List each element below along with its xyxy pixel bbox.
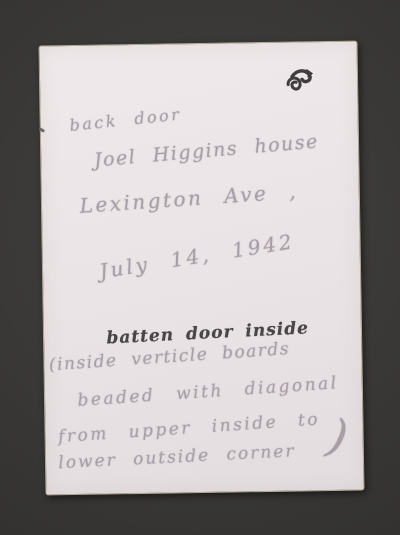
caption-line-back-door: back door xyxy=(69,105,183,135)
caption-line-date: July 14, 1942 xyxy=(98,229,296,283)
photo-mount-background: back door Joel Higgins house Lexington A… xyxy=(0,0,400,535)
photo-verso-card: back door Joel Higgins house Lexington A… xyxy=(38,41,364,496)
caption-line-note-2: beaded with diagonal xyxy=(77,373,339,411)
caption-closing-parenthesis: ) xyxy=(323,408,353,465)
caption-line-note-4: lower outside corner xyxy=(58,441,296,473)
card-edge-speck xyxy=(38,127,45,133)
caption-line-street: Lexington Ave , xyxy=(79,179,299,218)
caption-line-owner-name: Joel Higgins house xyxy=(93,130,319,171)
printers-swirl-mark-icon xyxy=(283,64,315,94)
